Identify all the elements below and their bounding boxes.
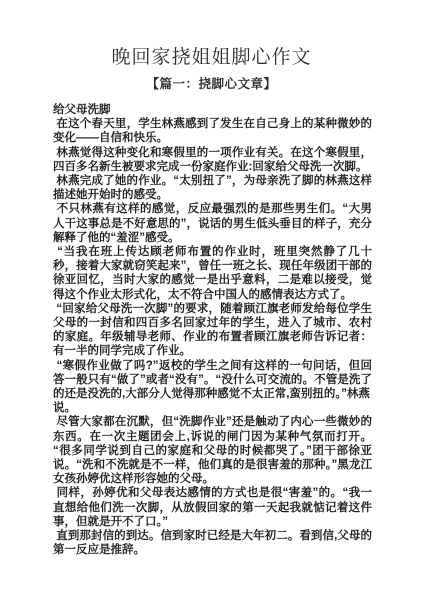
section-subtitle: 【篇一：挠脚心文章】 xyxy=(0,76,423,92)
paragraph: “回家给父母洗一次脚”的要求，随着顾江旗老师发给每位学生父母的一封信和四百多名回… xyxy=(53,302,372,359)
paragraph: “当我在班上传达顾老师布置的作业时，班里突然静了几十秒，接着大家就窃笑起来”，曾… xyxy=(53,245,372,302)
article-body: 给父母洗脚 在这个春天里，学生林燕感到了发生在自己身上的某种微妙的变化——自信和… xyxy=(53,103,372,558)
paragraph: 同样，孙婷优和父母表达感情的方式也是很“害羞”的。“我一直想给他们洗一次脚，从放… xyxy=(53,486,372,529)
paragraph: “寒假作业做了吗?”返校的学生之间有这样的一句问话，但回答一般只有“做了”或者“… xyxy=(53,359,372,416)
paragraph: 在这个春天里，学生林燕感到了发生在自己身上的某种微妙的变化——自信和快乐。 xyxy=(53,117,372,145)
paragraph: 林燕完成了她的作业。“太别扭了”，为母亲洗了脚的林燕这样描述她开始时的感受。 xyxy=(53,174,372,202)
page-title: 晚回家挠姐姐脚心作文 xyxy=(0,46,423,70)
paragraph: 尽管大家都在沉默，但“洗脚作业”还是触动了内心一些微妙的东西。在一次主题团会上,… xyxy=(53,415,372,486)
paragraph: 林燕觉得这种变化和寒假里的一项作业有关。在这个寒假里，四百多名新生被要求完成一份… xyxy=(53,146,372,174)
document-page: 晚回家挠姐姐脚心作文 【篇一：挠脚心文章】 给父母洗脚 在这个春天里，学生林燕感… xyxy=(0,0,423,600)
paragraph: 不只林燕有这样的感觉，反应最强烈的是那些男生们。“大男人干这事总是不好意思的”，… xyxy=(53,202,372,245)
paragraph: 直到那封信的到达。信到家时已经是大年初二。看到信,父母的第一反应是推辞。 xyxy=(53,529,372,557)
paragraph: 给父母洗脚 xyxy=(53,103,372,117)
